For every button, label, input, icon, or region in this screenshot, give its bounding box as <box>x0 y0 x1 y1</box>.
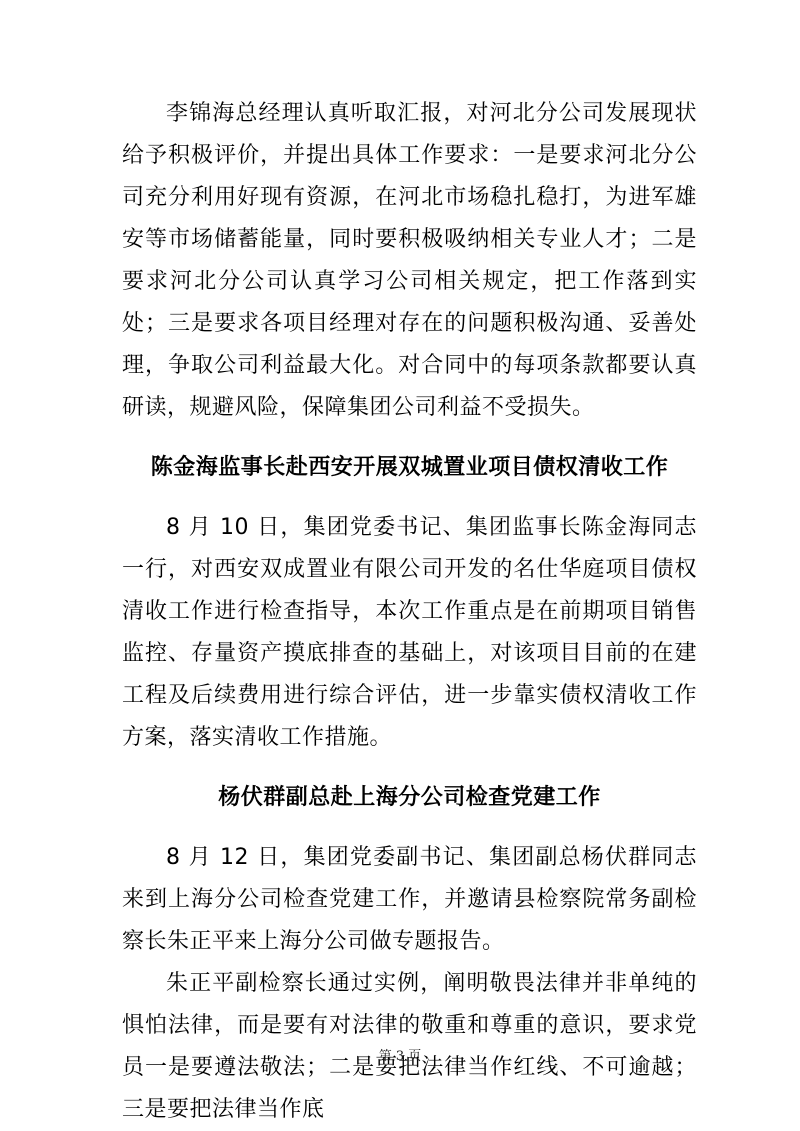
body-paragraph-lijinhai-remarks: 李锦海总经理认真听取汇报，对河北分公司发展现状给予积极评价，并提出具体工作要求：… <box>122 93 697 429</box>
body-paragraph-shanghai-party-inspection: 8 月 12 日，集团党委副书记、集团副总杨伏群同志来到上海分公司检查党建工作，… <box>122 837 697 963</box>
page-footer: 第 3 页 <box>0 1048 800 1066</box>
page-number: 第 3 页 <box>379 1049 422 1064</box>
section-heading-chenjinhai-xian: 陈金海监事长赴西安开展双城置业项目债权清收工作 <box>122 447 697 489</box>
document-content: 李锦海总经理认真听取汇报，对河北分公司发展现状给予积极评价，并提出具体工作要求：… <box>0 0 800 1131</box>
body-paragraph-zhuzhengping-lecture: 朱正平副检察长通过实例，阐明敬畏法律并非单纯的惧怕法律，而是要有对法律的敬重和尊… <box>122 963 697 1131</box>
section-heading-yangfuqun-shanghai: 杨伏群副总赴上海分公司检查党建工作 <box>122 777 697 819</box>
body-paragraph-xian-inspection: 8 月 10 日，集团党委书记、集团监事长陈金海同志一行，对西安双成置业有限公司… <box>122 507 697 759</box>
document-page: 李锦海总经理认真听取汇报，对河北分公司发展现状给予积极评价，并提出具体工作要求：… <box>0 0 800 1131</box>
